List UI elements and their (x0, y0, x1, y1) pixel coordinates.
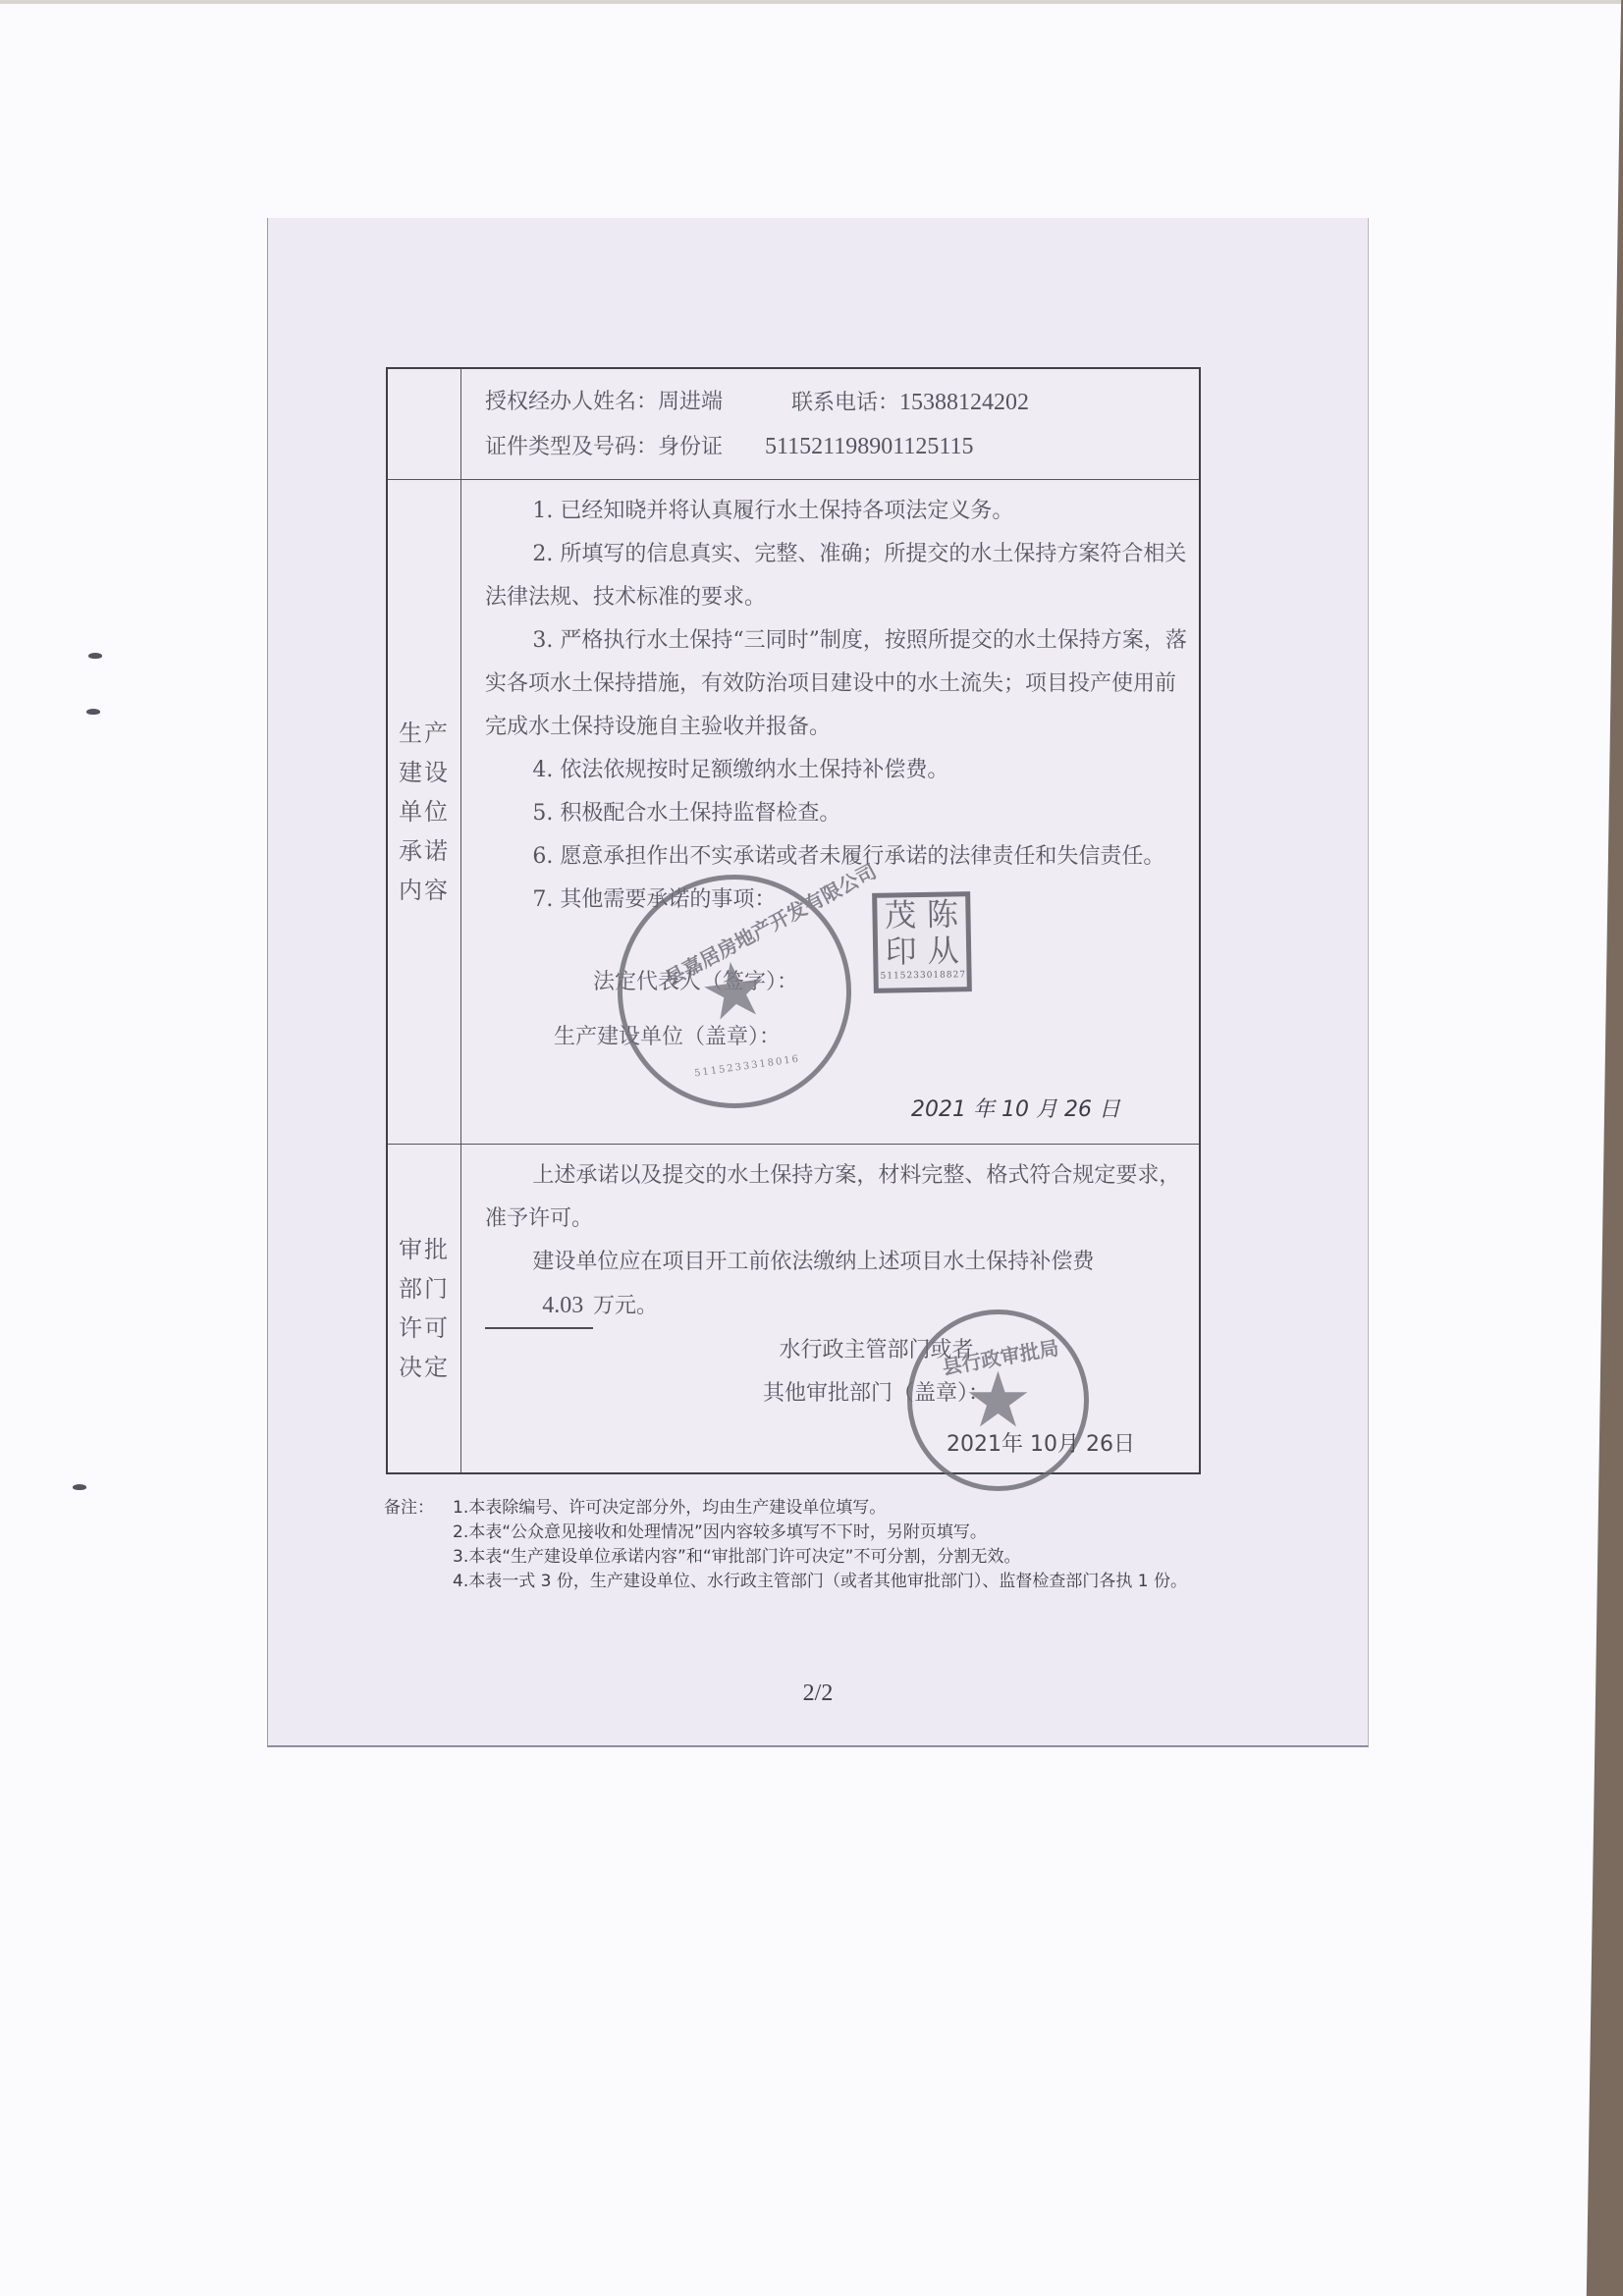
scan-shadow-edge (1532, 0, 1623, 2296)
agent-phone-value: 15388124202 (899, 390, 1029, 415)
fee-unit: 万元。 (593, 1294, 658, 1318)
commitment-section-label: 生产 建设 单位 承诺 内容 (387, 480, 461, 1145)
notes-label: 备注： (384, 1496, 434, 1521)
note-item: 2.本表“公众意见接收和处理情况”因内容较多填写不下时，另附页填写。 (453, 1521, 1228, 1545)
note-item: 4.本表一式 3 份，生产建设单位、水行政主管部门（或者其他审批部门）、监督检查… (453, 1570, 1228, 1594)
agent-info-label-cell (387, 368, 461, 480)
authority-line-1: 水行政主管部门或者 (485, 1329, 1189, 1372)
agent-name-label: 授权经办人姓名： (485, 390, 658, 414)
agent-id-type: 身份证 (658, 435, 723, 459)
commitment-item: 2. 所填写的信息真实、完整、准确；所提交的水土保持方案符合相关法律法规、技术标… (485, 533, 1189, 619)
scan-artifact (73, 1484, 86, 1490)
scan-artifact (88, 653, 102, 659)
scan-top-edge (0, 0, 1623, 4)
agent-id-label: 证件类型及号码： (485, 435, 658, 459)
note-item: 1.本表除编号、许可决定部分外，均由生产建设单位填写。 (453, 1496, 1228, 1521)
signature-block: 法定代表人（签字）： 生产建设单位（盖章）： 县嘉居房地产开发有限公司 ★ 51… (485, 922, 1189, 1138)
page-number: 2/2 (268, 1681, 1368, 1707)
fee-value: 4.03 (485, 1284, 593, 1329)
commitment-item: 3. 严格执行水土保持“三同时”制度，按照所提交的水土保持方案，落实各项水土保持… (485, 619, 1189, 749)
scan-artifact (86, 709, 100, 715)
agent-info-row: 授权经办人姓名：周进端 联系电话：15388124202 证件类型及号码：身份证… (387, 368, 1200, 480)
approval-date: 2021年 10月 26日 (947, 1423, 1135, 1467)
commitment-form-table: 授权经办人姓名：周进端 联系电话：15388124202 证件类型及号码：身份证… (386, 367, 1201, 1474)
approval-row: 审批 部门 许可 决定 上述承诺以及提交的水土保持方案，材料完整、格式符合规定要… (387, 1145, 1200, 1474)
commitment-content: 1. 已经知晓并将认真履行水土保持各项法定义务。 2. 所填写的信息真实、完整、… (461, 480, 1201, 1145)
commitment-item: 4. 依法依规按时足额缴纳水土保持补偿费。 (485, 749, 1189, 792)
agent-id-value: 511521198901125115 (765, 434, 973, 459)
note-item: 3.本表“生产建设单位承诺内容”和“审批部门许可决定”不可分割，分割无效。 (453, 1545, 1228, 1570)
commitment-row: 生产 建设 单位 承诺 内容 1. 已经知晓并将认真履行水土保持各项法定义务。 … (387, 480, 1200, 1145)
scanned-page: 授权经办人姓名：周进端 联系电话：15388124202 证件类型及号码：身份证… (267, 218, 1369, 1747)
approval-signature-block: 水行政主管部门或者 其他审批部门（盖章）： 县行政审批局 ★ 2021年 10月… (485, 1329, 1189, 1467)
agent-name-value: 周进端 (658, 390, 723, 414)
approval-content: 上述承诺以及提交的水土保持方案，材料完整、格式符合规定要求，准予许可。 建设单位… (461, 1145, 1201, 1474)
approval-text: 上述承诺以及提交的水土保持方案，材料完整、格式符合规定要求，准予许可。 (485, 1154, 1189, 1241)
commitment-item: 1. 已经知晓并将认真履行水土保持各项法定义务。 (485, 490, 1189, 533)
agent-phone-label: 联系电话： (791, 391, 899, 415)
fee-text: 建设单位应在项目开工前依法缴纳上述项目水土保持补偿费 (532, 1250, 1094, 1274)
approval-section-label: 审批 部门 许可 决定 (387, 1145, 461, 1474)
notes-section: 备注： 1.本表除编号、许可决定部分外，均由生产建设单位填写。 2.本表“公众意… (384, 1496, 1228, 1594)
commitment-item: 5. 积极配合水土保持监督检查。 (485, 792, 1189, 835)
personal-seal: 茂 陈 印 从 5115233018827 (872, 891, 972, 993)
agent-info-cell: 授权经办人姓名：周进端 联系电话：15388124202 证件类型及号码：身份证… (461, 368, 1201, 480)
commitment-date: 2021 年 10 月 26 日 (911, 1089, 1120, 1132)
